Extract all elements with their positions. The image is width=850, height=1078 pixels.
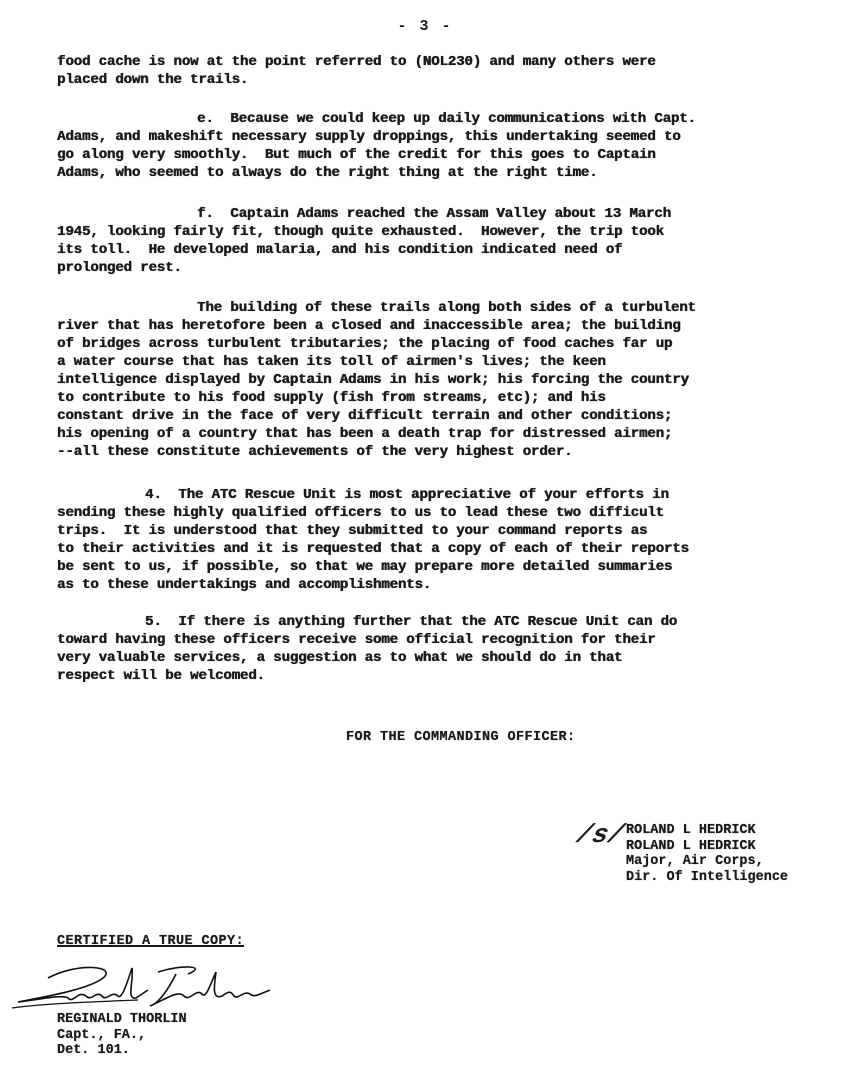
certifier-unit: Det. 101. <box>57 1043 187 1059</box>
text-line: its toll. He developed malaria, and his … <box>57 241 837 259</box>
text-line: of bridges across turbulent tributaries;… <box>57 335 837 353</box>
text-line: Adams, who seemed to always do the right… <box>57 164 837 182</box>
text-line: be sent to us, if possible, so that we m… <box>57 558 837 576</box>
paragraph-summary: The building of these trails along both … <box>57 299 837 461</box>
text-line: e. Because we could keep up daily commun… <box>57 110 837 128</box>
certifier-block: REGINALD THORLIN Capt., FA., Det. 101. <box>57 1012 187 1059</box>
signature-block: ROLAND L HEDRICK ROLAND L HEDRICK Major,… <box>626 823 788 885</box>
text-line: 4. The ATC Rescue Unit is most appreciat… <box>57 486 837 504</box>
text-line: placed down the trails. <box>57 71 837 89</box>
text-line: intelligence displayed by Captain Adams … <box>57 371 837 389</box>
text-line: 1945, looking fairly fit, though quite e… <box>57 223 837 241</box>
closing-line: FOR THE COMMANDING OFFICER: <box>346 730 576 745</box>
text-line: --all these constitute achievements of t… <box>57 443 837 461</box>
text-line: a water course that has taken its toll o… <box>57 353 837 371</box>
text-line: sending these highly qualified officers … <box>57 504 837 522</box>
paragraph-5: 5. If there is anything further that the… <box>57 613 837 685</box>
text-line: to their activities and it is requested … <box>57 540 837 558</box>
text-line: Adams, and makeshift necessary supply dr… <box>57 128 837 146</box>
text-line: The building of these trails along both … <box>57 299 837 317</box>
signer-rank: Major, Air Corps, <box>626 854 788 870</box>
text-line: to contribute to his food supply (fish f… <box>57 389 837 407</box>
signer-name-signed: ROLAND L HEDRICK <box>626 823 788 839</box>
paragraph-f: f. Captain Adams reached the Assam Valle… <box>57 205 837 277</box>
text-line: respect will be welcomed. <box>57 667 837 685</box>
paragraph-e: e. Because we could keep up daily commun… <box>57 110 837 182</box>
signed-mark: /s/ <box>570 820 620 868</box>
text-line: f. Captain Adams reached the Assam Valle… <box>57 205 837 223</box>
text-line: prolonged rest. <box>57 259 837 277</box>
text-line: very valuable services, a suggestion as … <box>57 649 837 667</box>
text-line: food cache is now at the point referred … <box>57 53 837 71</box>
signer-title: Dir. Of Intelligence <box>626 870 788 886</box>
page-number: - 3 - <box>0 18 850 35</box>
text-line: river that has heretofore been a closed … <box>57 317 837 335</box>
paragraph-continuation: food cache is now at the point referred … <box>57 53 837 89</box>
paragraph-4: 4. The ATC Rescue Unit is most appreciat… <box>57 486 837 594</box>
text-line: trips. It is understood that they submit… <box>57 522 837 540</box>
certifier-name: REGINALD THORLIN <box>57 1012 187 1028</box>
handwritten-signature <box>8 960 278 1020</box>
signer-name: ROLAND L HEDRICK <box>626 839 788 855</box>
text-line: 5. If there is anything further that the… <box>57 613 837 631</box>
text-line: as to these undertakings and accomplishm… <box>57 576 837 594</box>
text-line: go along very smoothly. But much of the … <box>57 146 837 164</box>
text-line: toward having these officers receive som… <box>57 631 837 649</box>
certifier-rank: Capt., FA., <box>57 1028 187 1044</box>
text-line: constant drive in the face of very diffi… <box>57 407 837 425</box>
text-line: his opening of a country that has been a… <box>57 425 837 443</box>
certified-heading: CERTIFIED A TRUE COPY: <box>57 934 244 949</box>
